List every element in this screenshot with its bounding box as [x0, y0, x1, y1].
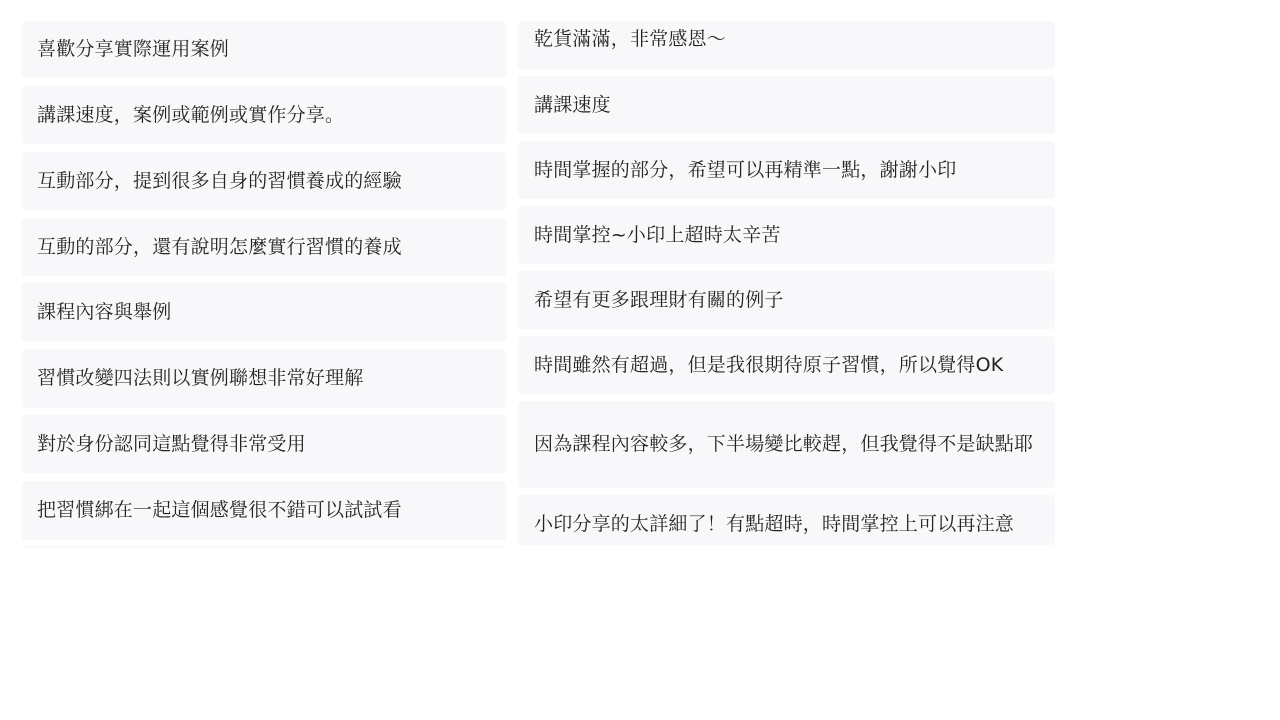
- feedback-text: 喜歡分享實際運用案例: [37, 35, 229, 64]
- feedback-page: 喜歡分享實際運用案例 講課速度，案例或範例或實作分享。 互動部分，提到很多自身的…: [0, 0, 1280, 720]
- feedback-text: 互動部分，提到很多自身的習慣養成的經驗: [37, 167, 402, 196]
- feedback-text: 時間掌控~小印上超時太辛苦: [534, 221, 781, 250]
- feedback-card: 把習慣綁在一起這個感覺很不錯可以試試看: [22, 481, 506, 540]
- feedback-card: 講課速度: [518, 76, 1055, 134]
- feedback-text: 課程內容與舉例: [37, 298, 171, 327]
- feedback-text: 互動的部分，還有說明怎麼實行習慣的養成: [37, 233, 402, 262]
- feedback-text: 時間雖然有超過，但是我很期待原子習慣，所以覺得OK: [534, 351, 1003, 380]
- feedback-card: 因為課程內容較多，下半場變比較趕，但我覺得不是缺點耶: [518, 401, 1055, 488]
- feedback-text: 希望有更多跟理財有關的例子: [534, 286, 784, 315]
- feedback-text: 因為課程內容較多，下半場變比較趕，但我覺得不是缺點耶: [534, 430, 1034, 459]
- feedback-card-clipped: [22, 546, 506, 548]
- feedback-card: 希望有更多跟理財有關的例子: [518, 271, 1055, 329]
- feedback-list-right[interactable]: 乾貨滿滿，非常感恩～ 講課速度 時間掌握的部分，希望可以再精準一點，謝謝小印 時…: [518, 0, 1055, 548]
- feedback-card: 時間雖然有超過，但是我很期待原子習慣，所以覺得OK: [518, 336, 1055, 394]
- feedback-text: 小印分享的太詳細了！有點超時，時間掌控上可以再注意: [534, 510, 1014, 539]
- feedback-card: 互動部分，提到很多自身的習慣養成的經驗: [22, 152, 506, 210]
- feedback-text: 乾貨滿滿，非常感恩～: [534, 25, 726, 54]
- feedback-card: 時間掌握的部分，希望可以再精準一點，謝謝小印: [518, 141, 1055, 199]
- feedback-card: 講課速度，案例或範例或實作分享。: [22, 86, 506, 144]
- feedback-card: 喜歡分享實際運用案例: [22, 21, 506, 78]
- feedback-text: 講課速度，案例或範例或實作分享。: [37, 101, 344, 130]
- feedback-card: 對於身份認同這點覺得非常受用: [22, 415, 506, 473]
- feedback-card: 時間掌控~小印上超時太辛苦: [518, 206, 1055, 264]
- feedback-card: 課程內容與舉例: [22, 283, 506, 342]
- feedback-text: 習慣改變四法則以實例聯想非常好理解: [37, 364, 363, 393]
- feedback-text: 把習慣綁在一起這個感覺很不錯可以試試看: [37, 496, 402, 525]
- feedback-card: 互動的部分，還有說明怎麼實行習慣的養成: [22, 218, 506, 276]
- feedback-text: 時間掌握的部分，希望可以再精準一點，謝謝小印: [534, 156, 956, 185]
- feedback-card: 習慣改變四法則以實例聯想非常好理解: [22, 349, 506, 408]
- feedback-text: 講課速度: [534, 91, 611, 120]
- feedback-card: 小印分享的太詳細了！有點超時，時間掌控上可以再注意: [518, 495, 1055, 545]
- feedback-text: 對於身份認同這點覺得非常受用: [37, 430, 306, 459]
- feedback-list-left[interactable]: 喜歡分享實際運用案例 講課速度，案例或範例或實作分享。 互動部分，提到很多自身的…: [22, 0, 506, 548]
- feedback-card: 乾貨滿滿，非常感恩～: [518, 21, 1055, 69]
